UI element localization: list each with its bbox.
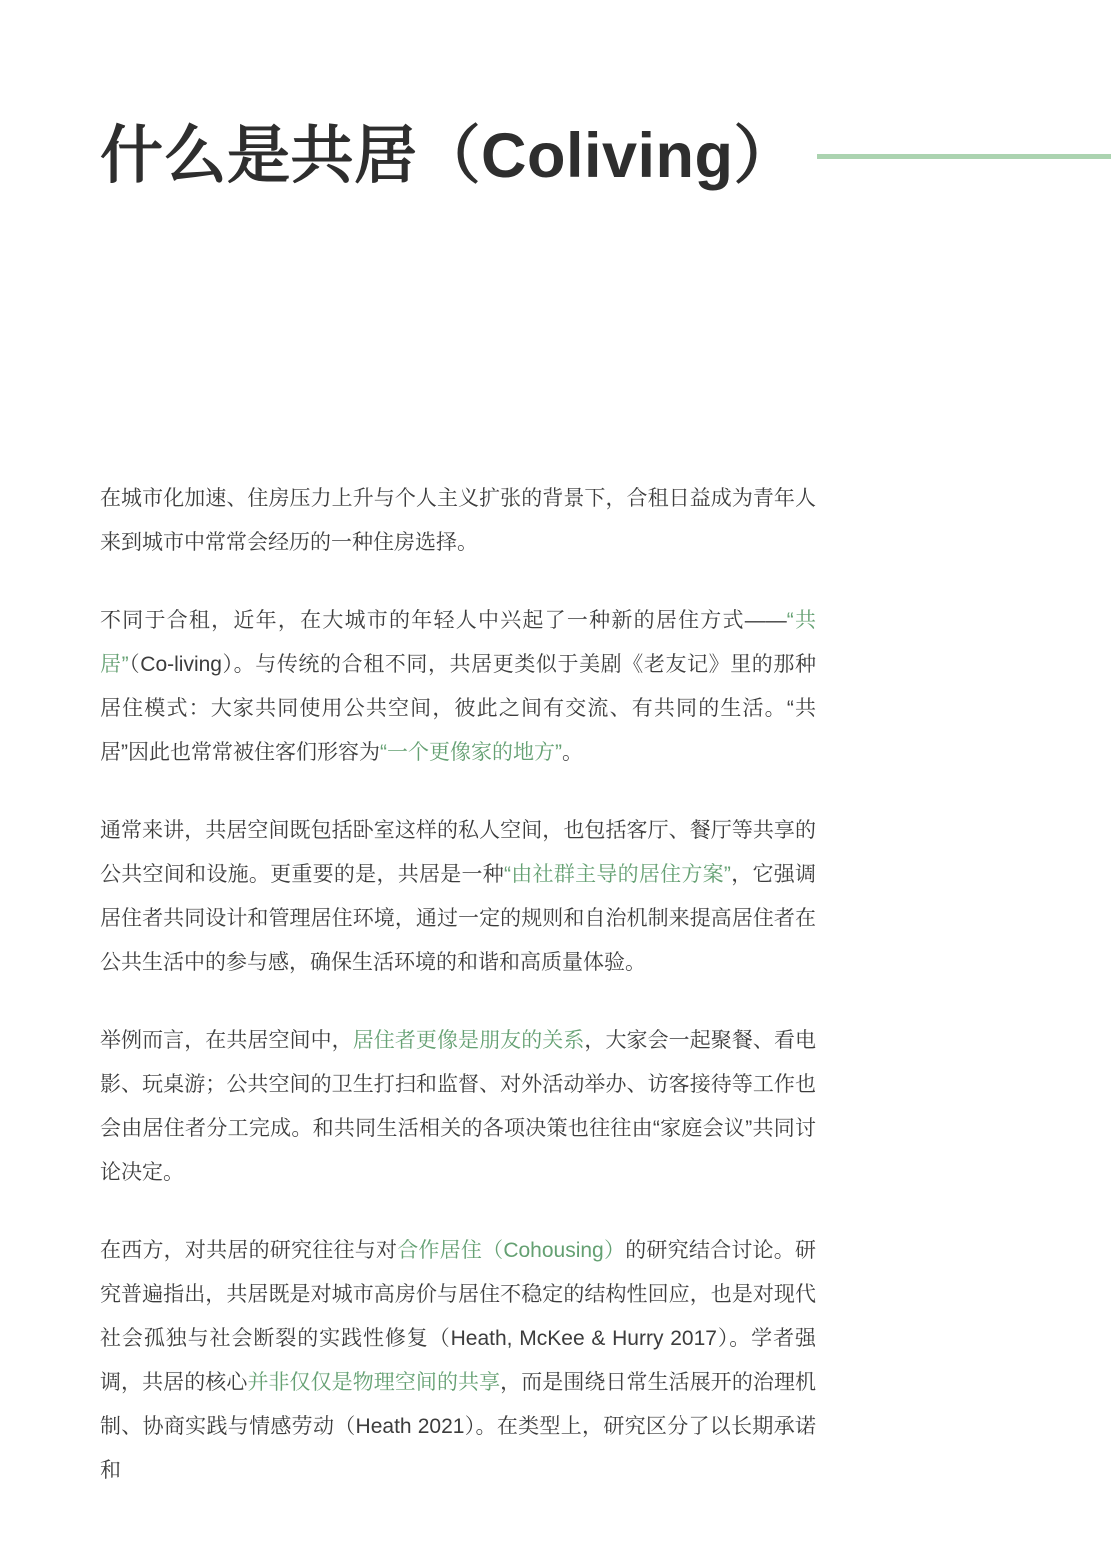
text-segment: 在城市化加速、住房压力上升与个人主义扩张的背景下，合租日益成为青年人来到城市中常…	[100, 487, 816, 554]
text-segment: ，大家会一起聚餐、看电影、玩桌游；公共空间的卫生打扫和监督、对外活动举办、访客接…	[100, 1029, 816, 1184]
highlighted-phrase: 并非仅仅是物理空间的共享	[247, 1371, 500, 1394]
text-segment: 举例而言，在共居空间中，	[100, 1029, 353, 1052]
document-page: 什么是共居（Coliving） 在城市化加速、住房压力上升与个人主义扩张的背景下…	[0, 0, 1111, 1554]
highlighted-phrase: “由社群主导的居住方案”	[504, 863, 731, 886]
page-title: 什么是共居（Coliving）	[100, 114, 797, 199]
body-paragraph: 通常来讲，共居空间既包括卧室这样的私人空间，也包括客厅、餐厅等共享的公共空间和设…	[100, 809, 816, 985]
title-accent-rule	[817, 154, 1111, 159]
text-segment: 在西方，对共居的研究往往与对	[100, 1239, 397, 1262]
body-paragraph: 举例而言，在共居空间中，居住者更像是朋友的关系，大家会一起聚餐、看电影、玩桌游；…	[100, 1019, 816, 1195]
text-segment: 不同于合租，近年，在大城市的年轻人中兴起了一种新的居住方式——	[100, 609, 787, 632]
body-paragraph: 在城市化加速、住房压力上升与个人主义扩张的背景下，合租日益成为青年人来到城市中常…	[100, 477, 816, 565]
highlighted-phrase: 居住者更像是朋友的关系	[353, 1029, 585, 1052]
highlighted-phrase: 合作居住（Cohousing）	[397, 1239, 625, 1262]
highlighted-phrase: “一个更像家的地方”	[380, 741, 562, 764]
body-paragraph: 不同于合租，近年，在大城市的年轻人中兴起了一种新的居住方式——“共居”（Co-l…	[100, 599, 816, 775]
page-header: 什么是共居（Coliving）	[100, 114, 1111, 199]
body-paragraph: 在西方，对共居的研究往往与对合作居住（Cohousing）的研究结合讨论。研究普…	[100, 1229, 816, 1493]
body-text: 在城市化加速、住房压力上升与个人主义扩张的背景下，合租日益成为青年人来到城市中常…	[100, 477, 816, 1527]
text-segment: 。	[562, 741, 583, 764]
